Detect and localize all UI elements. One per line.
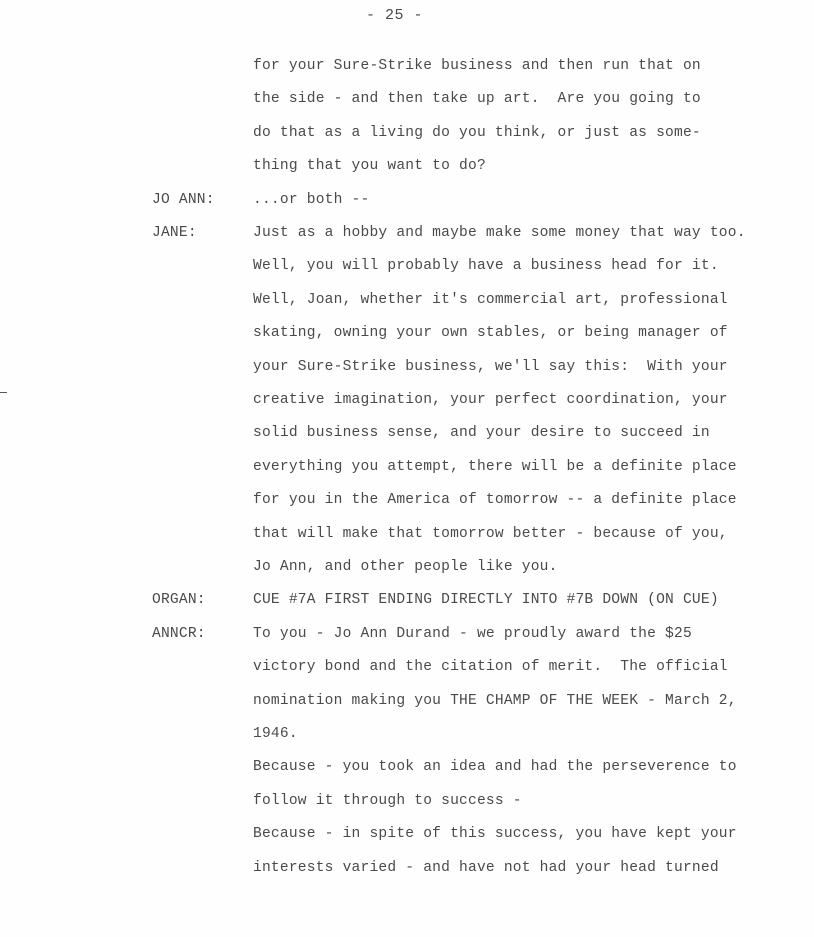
script-line: interests varied - and have not had your… bbox=[253, 859, 719, 877]
script-line: the side - and then take up art. Are you… bbox=[253, 90, 701, 108]
script-line: 1946. bbox=[253, 725, 298, 743]
script-line: To you - Jo Ann Durand - we proudly awar… bbox=[253, 625, 692, 643]
script-line: for your Sure-Strike business and then r… bbox=[253, 57, 701, 75]
script-line: Because - in spite of this success, you … bbox=[253, 825, 737, 843]
script-line: Jo Ann, and other people like you. bbox=[253, 558, 558, 576]
script-line: nomination making you THE CHAMP OF THE W… bbox=[253, 692, 737, 710]
script-line: that will make that tomorrow better - be… bbox=[253, 525, 728, 543]
script-line: Just as a hobby and maybe make some mone… bbox=[253, 224, 746, 242]
script-line: Well, Joan, whether it's commercial art,… bbox=[253, 291, 728, 309]
script-line: solid business sense, and your desire to… bbox=[253, 424, 710, 442]
margin-mark bbox=[0, 392, 7, 393]
page-number: - 25 - bbox=[366, 7, 423, 24]
speaker-label: JO ANN: bbox=[152, 191, 215, 209]
script-line: creative imagination, your perfect coord… bbox=[253, 391, 728, 409]
script-line: for you in the America of tomorrow -- a … bbox=[253, 491, 737, 509]
script-line: your Sure-Strike business, we'll say thi… bbox=[253, 358, 728, 376]
script-line: Well, you will probably have a business … bbox=[253, 257, 719, 275]
script-line: victory bond and the citation of merit. … bbox=[253, 658, 728, 676]
script-line: do that as a living do you think, or jus… bbox=[253, 124, 701, 142]
script-line: follow it through to success - bbox=[253, 792, 522, 810]
speaker-label: JANE: bbox=[152, 224, 197, 242]
script-line: thing that you want to do? bbox=[253, 157, 486, 175]
script-line: skating, owning your own stables, or bei… bbox=[253, 324, 728, 342]
speaker-label: ORGAN: bbox=[152, 591, 206, 609]
script-line: Because - you took an idea and had the p… bbox=[253, 758, 737, 776]
script-line: CUE #7A FIRST ENDING DIRECTLY INTO #7B D… bbox=[253, 591, 719, 609]
script-line: ...or both -- bbox=[253, 191, 369, 209]
script-line: everything you attempt, there will be a … bbox=[253, 458, 737, 476]
speaker-label: ANNCR: bbox=[152, 625, 206, 643]
